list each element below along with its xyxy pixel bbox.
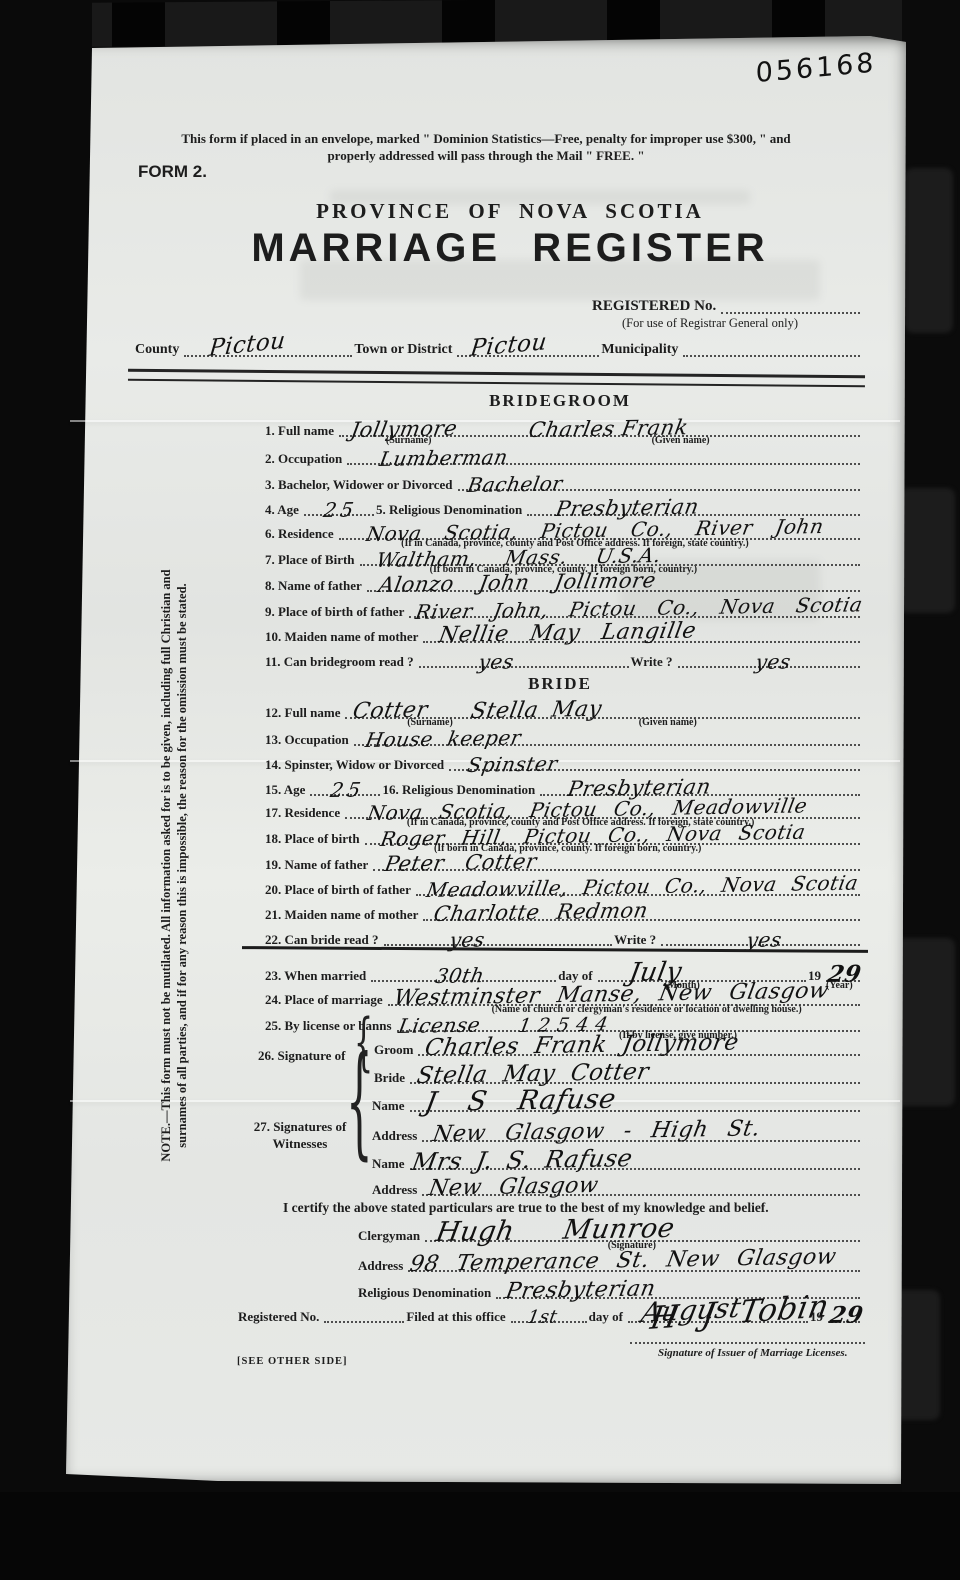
witness1-address-line: New Glasgow - High St. (422, 1120, 860, 1142)
clergyman-denomination-handwritten: Presbyterian (504, 1278, 657, 1303)
bride-father-birthplace-label: 20. Place of birth of father (265, 883, 414, 896)
license-label: 25. By license or banns (265, 1019, 395, 1032)
bride-read-line: yes (384, 924, 613, 946)
bride-denomination-label: 16. Religious Denomination (382, 783, 538, 796)
license-line: License 12544 (If by license, give numbe… (397, 1010, 860, 1032)
witness2-address-label: Address (372, 1183, 420, 1196)
license-handwritten: License (397, 1015, 482, 1036)
groom-signature-handwritten: Charles Frank Jollymore (423, 1032, 741, 1060)
film-artifact (895, 938, 955, 1106)
witness1-address-handwritten: New Glasgow - High St. (431, 1118, 762, 1146)
registered-no-line (721, 292, 860, 314)
when-married-year-line: 29 (Year) (826, 960, 860, 982)
marriage-place-label: 24. Place of marriage (265, 993, 386, 1006)
groom-status-handwritten: Bachelor (466, 473, 564, 495)
groom-read-line: yes (419, 646, 629, 668)
film-strip-bottom (0, 1492, 960, 1580)
groom-age-label: 4. Age (265, 503, 302, 516)
groom-father-birthplace-label: 9. Place of birth of father (265, 605, 407, 618)
marriage-place-line: Westminster Manse, New Glasgow (Name of … (388, 984, 860, 1006)
groom-birthplace-label: 7. Place of Birth (265, 553, 358, 566)
groom-read-label: 11. Can bridegroom read ? (265, 655, 417, 668)
groom-age-handwritten: 25 (322, 499, 359, 520)
bride-status-line: Spinster (449, 749, 860, 771)
clergyman-label: Clergyman (358, 1229, 423, 1242)
witness2-address-line: New Glasgow (422, 1174, 860, 1196)
filed-day-handwritten: 1st (526, 1308, 559, 1327)
groom-write-handwritten: yes (754, 651, 793, 672)
groom-mother-line: Nellie May Langille (423, 621, 860, 643)
groom-fullname-line: Jollymore Charles Frank (Surname) (Given… (339, 415, 860, 437)
bride-signature-line: Stella May Cotter (410, 1062, 860, 1084)
groom-residence-line: Nova Scotia, Pictou Co., River John (If … (339, 518, 860, 540)
witness1-name-label: Name (372, 1099, 408, 1112)
bride-birthplace-line: Roger Hill, Pictou Co., Nova Scotia (If … (365, 823, 860, 845)
filed-day-of-label: day of (589, 1310, 626, 1323)
witnesses-label-line1: 27. Signatures of (252, 1118, 348, 1135)
county-line: Pictou (184, 335, 352, 357)
groom-mother-label: 10. Maiden name of mother (265, 630, 421, 643)
witnesses-brace: { (346, 1029, 373, 1171)
registrar-only-note: (For use of Registrar General only) (622, 316, 798, 331)
issuer-signature-line (630, 1342, 865, 1344)
margin-note-line2: surnames of all parties, and if for any … (174, 543, 190, 1188)
groom-occupation-line: Lumberman (347, 443, 860, 465)
filed-year-line: 29 (828, 1301, 860, 1323)
bride-write-label: Write ? (614, 933, 659, 946)
bride-birthplace-label: 18. Place of birth (265, 832, 363, 845)
envelope-note-line2: properly addressed will pass through the… (130, 147, 842, 164)
groom-age-line: 25 (304, 494, 374, 516)
bride-mother-line: Charlotte Redmon (423, 899, 860, 921)
film-artifact (905, 168, 953, 333)
bride-write-line: yes (661, 924, 860, 946)
groom-father-handwritten: Alonzo John Jollimore (377, 570, 658, 596)
groom-signature-line: Charles Frank Jollymore (418, 1034, 860, 1056)
clergyman-address-line: 98 Temperance St. New Glasgow (408, 1250, 860, 1272)
municipality-label: Municipality (601, 343, 681, 357)
scanned-document: 056168 NOTE.—This form must not be mutil… (0, 0, 960, 1580)
bride-father-birthplace-line: Meadowville, Pictou Co., Nova Scotia (416, 874, 860, 896)
town-label: Town or District (354, 343, 455, 357)
bride-given-handwritten: Stella May (469, 699, 604, 723)
groom-denomination-label: 5. Religious Denomination (376, 503, 525, 516)
margin-note-line1: NOTE.—This form must not be mutilated. A… (158, 543, 174, 1188)
groom-father-line: Alonzo John Jollimore (367, 570, 860, 592)
issuer-signature-caption: Signature of Issuer of Marriage Licenses… (658, 1347, 847, 1359)
bride-denomination-line: Presbyterian (540, 774, 860, 796)
bride-father-handwritten: Peter Cotter (383, 851, 538, 875)
bride-father-birthplace-handwritten: Meadowville, Pictou Co., Nova Scotia (425, 872, 860, 900)
bride-mother-label: 21. Maiden name of mother (265, 908, 421, 921)
bride-fullname-line: Cotter Stella May (Surname) (Given name) (345, 697, 860, 719)
groom-occupation-label: 2. Occupation (265, 452, 345, 465)
margin-note: NOTE.—This form must not be mutilated. A… (158, 543, 204, 1188)
marriage-day-handwritten: 30th (434, 965, 486, 986)
envelope-note-line1: This form if placed in an envelope, mark… (130, 130, 842, 147)
registered-no-footer-line (324, 1301, 404, 1323)
groom-birthplace-line: Waltham, Mass. U.S.A. (If born in Canada… (360, 544, 860, 566)
film-artifact (900, 488, 955, 613)
signature-of-label: 26. Signature of (258, 1048, 346, 1064)
groom-write-label: Write ? (631, 655, 676, 668)
bride-section-title: BRIDE (250, 674, 870, 694)
day-of-label: day of (558, 969, 595, 982)
clergyman-denomination-label: Religious Denomination (358, 1286, 494, 1299)
groom-read-handwritten: yes (477, 651, 516, 672)
bride-status-label: 14. Spinster, Widow or Divorced (265, 758, 447, 771)
bride-status-handwritten: Spinster (466, 753, 559, 775)
witness1-address-label: Address (372, 1129, 420, 1142)
groom-father-birthplace-handwritten: River John, Pictou Co., Nova Scotia (414, 594, 864, 622)
bride-signature-label: Bride (374, 1071, 408, 1084)
page-title: MARRIAGE REGISTER (150, 226, 870, 271)
groom-denomination-line: Presbyterian (527, 494, 860, 516)
county-value-handwritten: Pictou (208, 330, 287, 361)
see-other-side-note: [SEE OTHER SIDE] (237, 1356, 348, 1367)
bride-father-label: 19. Name of father (265, 858, 371, 871)
bride-father-line: Peter Cotter (373, 849, 860, 871)
witness2-name-line: Mrs J. S. Rafuse (410, 1148, 861, 1170)
when-married-label: 23. When married (265, 969, 369, 982)
when-married-day-line: 30th (371, 960, 556, 982)
witnesses-label-line2: Witnesses (252, 1135, 348, 1152)
registered-no-label: REGISTERED No. (592, 299, 719, 314)
certification-statement: I certify the above stated particulars a… (283, 1200, 769, 1216)
bride-read-label: 22. Can bride read ? (265, 933, 382, 946)
bride-mother-handwritten: Charlotte Redmon (432, 900, 650, 925)
bride-fullname-label: 12. Full name (265, 706, 343, 719)
groom-fullname-label: 1. Full name (265, 424, 337, 437)
groom-occupation-handwritten: Lumberman (378, 447, 510, 469)
bride-age-label: 15. Age (265, 783, 308, 796)
filed-label: Filed at this office (406, 1310, 508, 1323)
groom-write-line: yes (678, 646, 860, 668)
bride-write-handwritten: yes (745, 929, 784, 950)
witness2-name-handwritten: Mrs J. S. Rafuse (410, 1146, 635, 1174)
bride-occupation-handwritten: House keeper (364, 727, 523, 750)
province-heading: PROVINCE OF NOVA SCOTIA (200, 199, 820, 224)
witness1-name-line: J S Rafuse (410, 1090, 861, 1112)
groom-father-birthplace-line: River John, Pictou Co., Nova Scotia (409, 596, 860, 618)
bride-occupation-line: House keeper (354, 724, 860, 746)
clergyman-address-label: Address (358, 1259, 406, 1272)
groom-status-line: Bachelor (458, 469, 860, 491)
groom-father-label: 8. Name of father (265, 579, 365, 592)
filed-year-handwritten: 29 (828, 1303, 865, 1327)
bridegroom-section-title: BRIDEGROOM (250, 391, 870, 411)
county-label: County (135, 343, 182, 357)
bride-residence-label: 17. Residence (265, 806, 343, 819)
clergyman-line: Hugh Munroe (Signature) (425, 1220, 860, 1242)
bride-occupation-label: 13. Occupation (265, 733, 352, 746)
municipality-line (683, 335, 860, 357)
groom-residence-label: 6. Residence (265, 527, 337, 540)
witness1-name-handwritten: J S Rafuse (423, 1086, 618, 1116)
town-line: Pictou (457, 335, 599, 357)
witness2-name-label: Name (372, 1157, 408, 1170)
town-value-handwritten: Pictou (469, 331, 548, 361)
bride-residence-line: Nova Scotia, Pictou Co., Meadowville (If… (345, 797, 860, 819)
groom-mother-handwritten: Nellie May Langille (437, 621, 698, 647)
registered-no-footer-label: Registered No. (238, 1310, 322, 1323)
groom-status-label: 3. Bachelor, Widower or Divorced (265, 478, 456, 491)
groom-signature-label: Groom (374, 1043, 416, 1056)
form-number: FORM 2. (138, 162, 207, 182)
clergyman-address-handwritten: 98 Temperance St. New Glasgow (408, 1247, 838, 1276)
filed-day-line: 1st (511, 1301, 587, 1323)
witness2-address-handwritten: New Glasgow (427, 1175, 600, 1200)
bride-age-line: 25 (310, 774, 380, 796)
